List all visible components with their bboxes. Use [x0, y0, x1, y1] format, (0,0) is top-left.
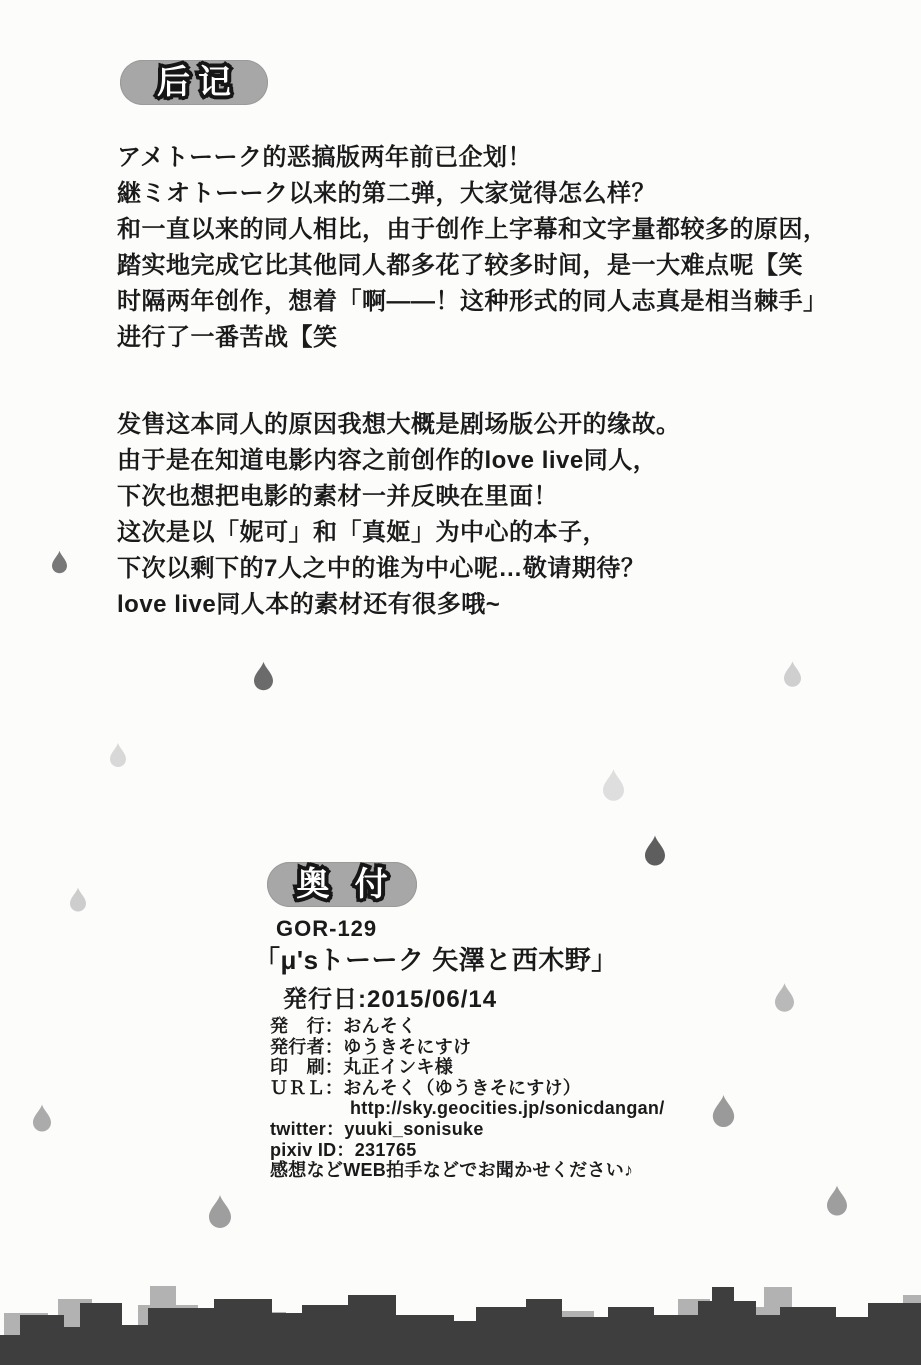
raindrop-icon: [254, 660, 273, 692]
raindrop-icon: [645, 833, 665, 868]
raindrop-icon: [70, 886, 86, 913]
text-line: 下次以剩下的7人之中的谁为中心呢…敬请期待？: [117, 551, 681, 587]
text-line: 进行了一番苦战【笑: [117, 320, 828, 356]
text-line: 印 刷：丸正インキ様: [270, 1057, 665, 1078]
text-line: 踏实地完成它比其他同人都多花了较多时间，是一大难点呢【笑: [117, 248, 828, 284]
text-line: 感想などWEB拍手などでお聞かせください♪: [270, 1160, 665, 1181]
city-skyline-graphic: [0, 1270, 921, 1365]
text-line: http://sky.geocities.jp/sonicdangan/: [270, 1098, 665, 1119]
raindrop-icon: [712, 1095, 735, 1127]
text-line: ＵＲＬ：おんそく（ゆうきそにすけ）: [270, 1078, 665, 1099]
afterword-title-label: 后记: [120, 65, 268, 98]
raindrop-icon: [827, 1183, 847, 1218]
text-line: 下次也想把电影的素材一并反映在里面！: [117, 479, 681, 515]
afterword-paragraph-2: 发售这本同人的原因我想大概是剧场版公开的缘故。由于是在知道电影内容之前创作的lo…: [117, 407, 681, 623]
afterword-paragraph-1: アメトーーク的恶搞版两年前已企划！継ミオトーーク以来的第二弹，大家觉得怎么样？和…: [117, 140, 828, 356]
issue-date: 発行日:2015/06/14: [283, 979, 497, 1014]
text-line: 这次是以「妮可」和「真姬」为中心的本子，: [117, 515, 681, 551]
colophon-title-label: 奥 付: [267, 867, 417, 900]
skyline-building: [0, 1349, 921, 1365]
text-line: pixiv ID：231765: [270, 1140, 665, 1161]
text-line: 和一直以来的同人相比，由于创作上字幕和文字量都较多的原因，: [117, 212, 828, 248]
text-line: 由于是在知道电影内容之前创作的love live同人，: [117, 443, 681, 479]
raindrop-icon: [33, 1103, 51, 1133]
doujin-code: GOR-129: [276, 916, 377, 942]
text-line: 継ミオトーーク以来的第二弹，大家觉得怎么样？: [117, 176, 828, 212]
text-line: 発 行：おんそく: [270, 1016, 665, 1037]
raindrop-icon: [110, 742, 126, 768]
book-title: 「μ'sトーーク 矢澤と西木野」: [254, 940, 618, 977]
afterword-title-badge: 后记 后记: [120, 60, 268, 105]
colophon-title-badge: 奥 付 奥 付: [267, 862, 417, 907]
text-line: twitter：yuuki_sonisuke: [270, 1119, 665, 1140]
text-line: 発行者：ゆうきそにすけ: [270, 1037, 665, 1058]
text-line: アメトーーク的恶搞版两年前已企划！: [117, 140, 828, 176]
raindrop-icon: [603, 768, 624, 802]
raindrop-icon: [209, 1195, 231, 1228]
text-line: 时隔两年创作，想着「啊——！这种形式的同人志真是相当棘手」: [117, 284, 828, 320]
raindrop-icon: [784, 660, 801, 688]
raindrop-icon: [52, 548, 67, 576]
colophon-info-list: 発 行：おんそく発行者：ゆうきそにすけ印 刷：丸正インキ様ＵＲＬ：おんそく（ゆう…: [270, 1016, 665, 1181]
text-line: love live同人本的素材还有很多哦~: [117, 587, 681, 623]
scan-page: 后记 后记 アメトーーク的恶搞版两年前已企划！継ミオトーーク以来的第二弹，大家觉…: [0, 0, 921, 1365]
text-line: 发售这本同人的原因我想大概是剧场版公开的缘故。: [117, 407, 681, 443]
raindrop-icon: [775, 982, 794, 1013]
